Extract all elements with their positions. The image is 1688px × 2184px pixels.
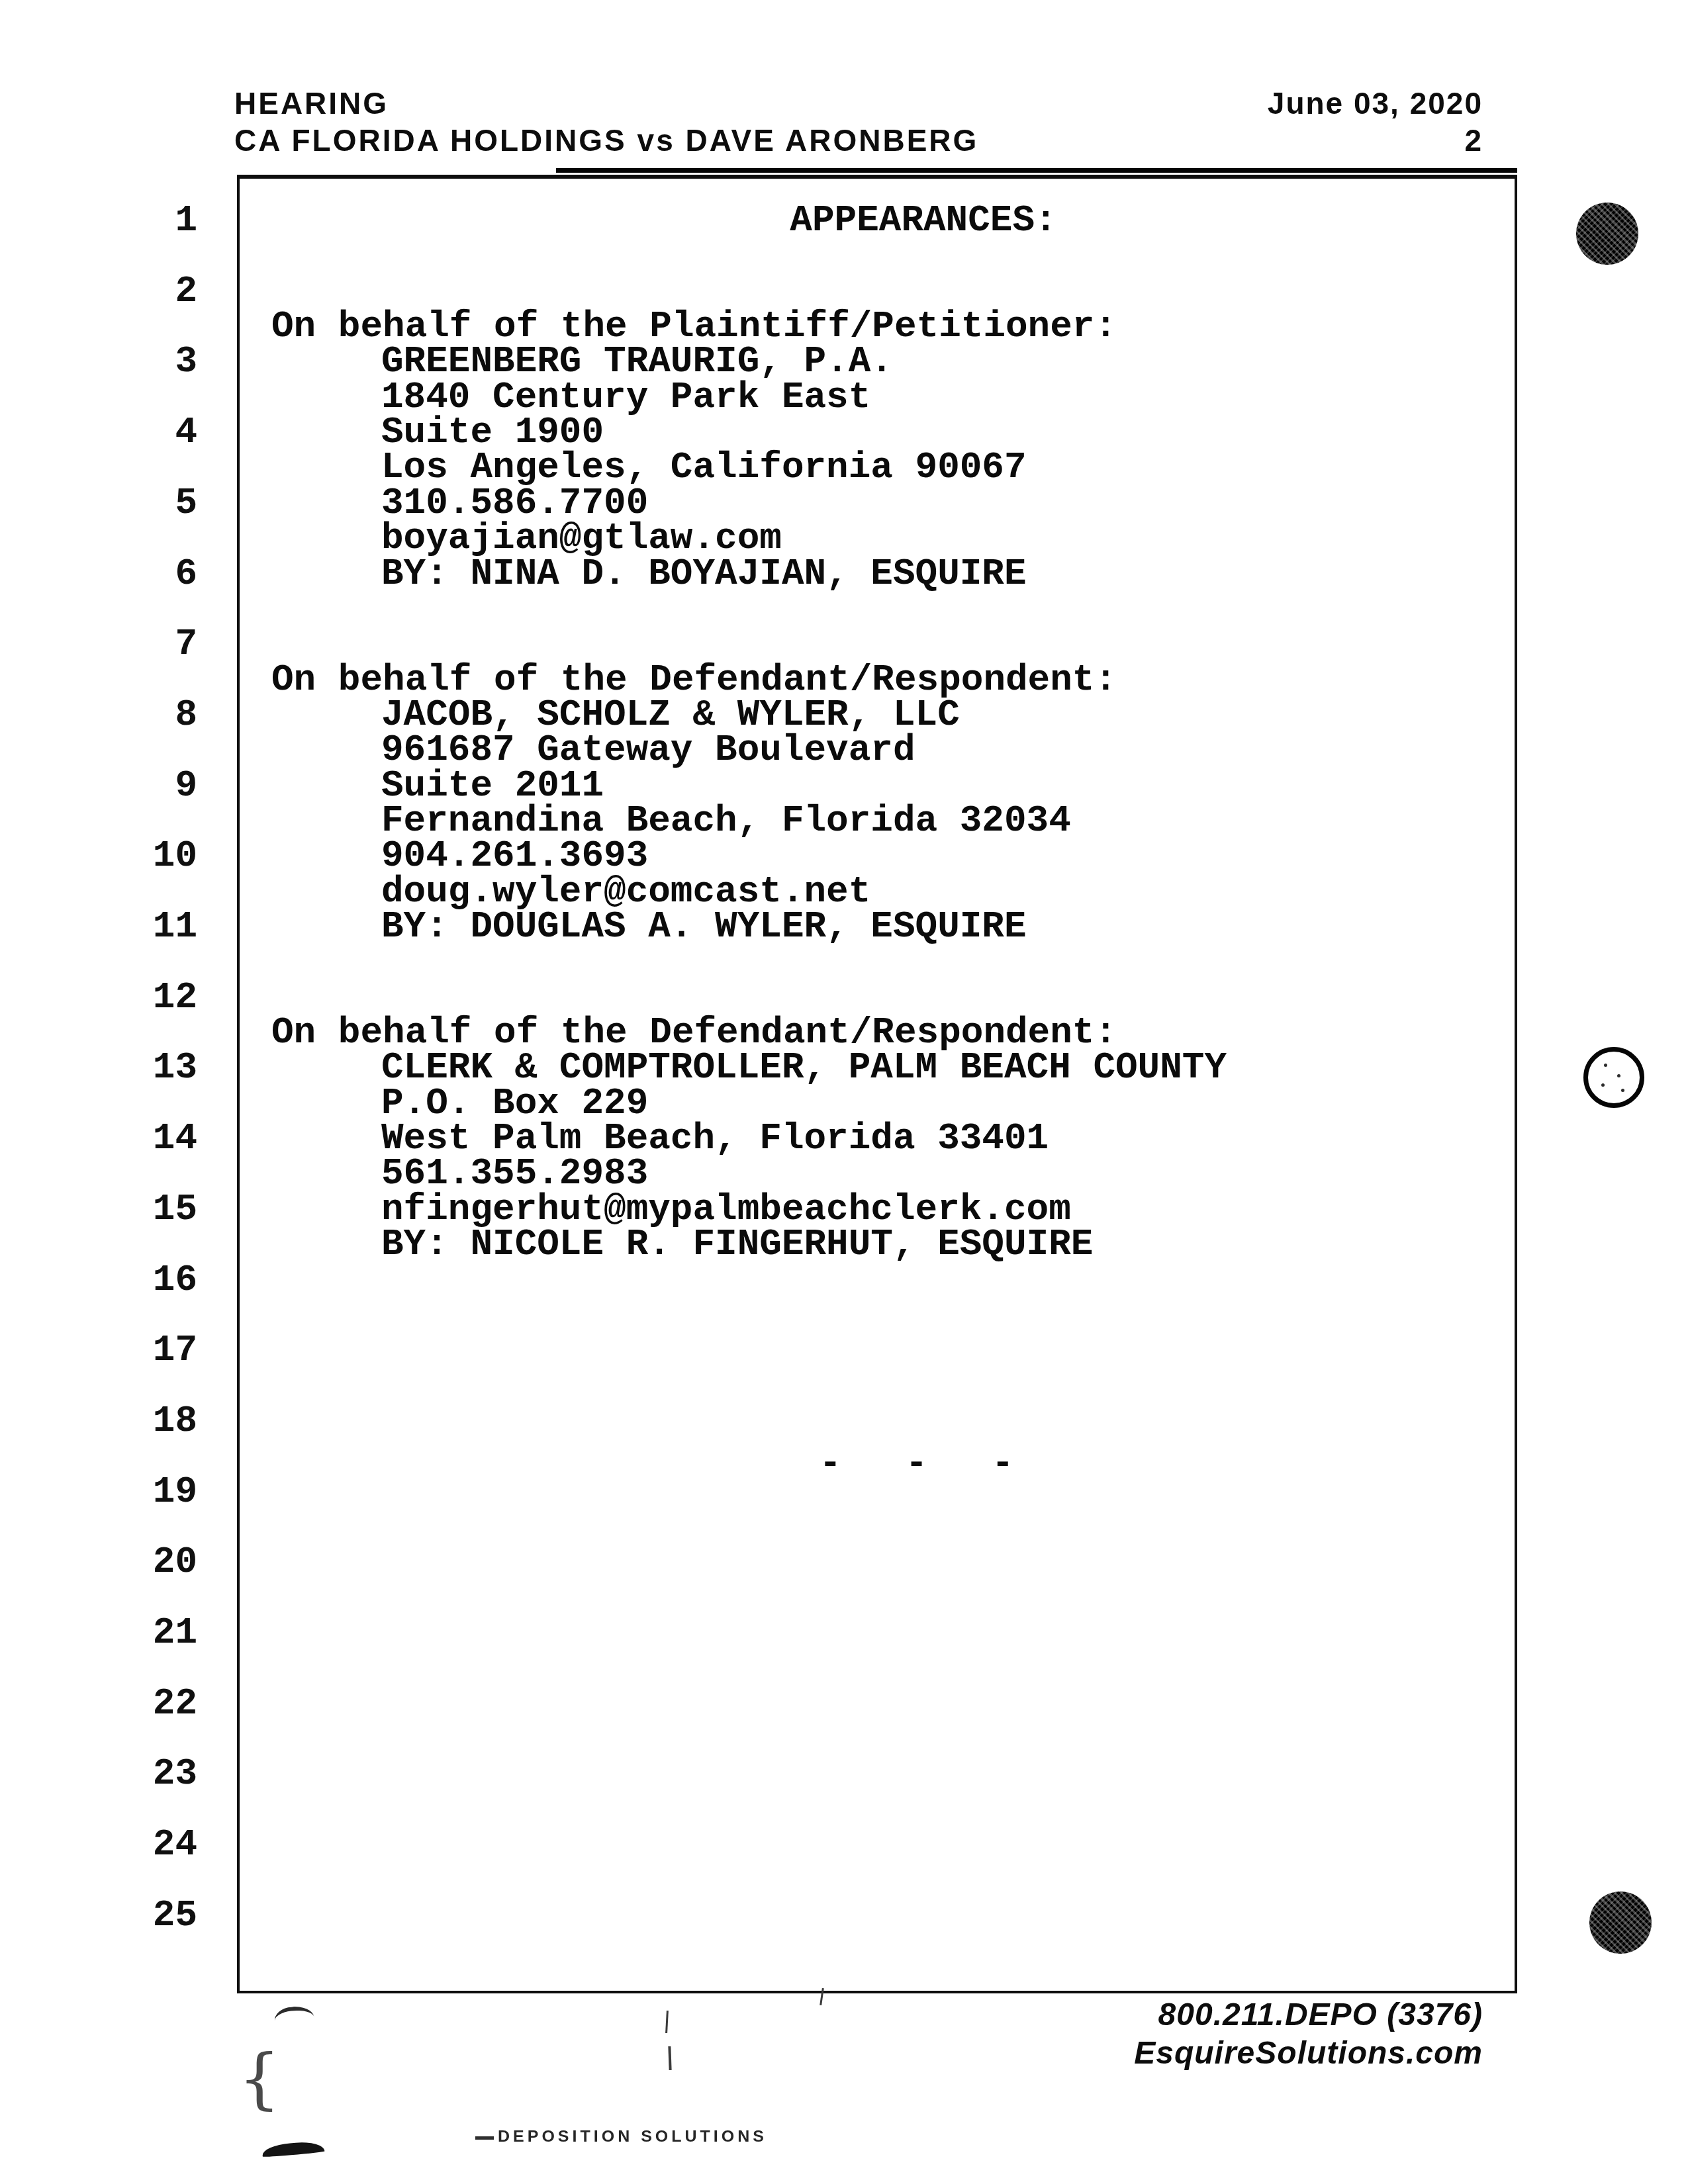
speck-icon (1617, 1074, 1620, 1077)
speck-icon (1621, 1089, 1624, 1092)
esquire-logo-swoosh-icon (273, 2005, 314, 2025)
line-number: 20 (113, 1541, 197, 1583)
line-number: 9 (113, 764, 197, 807)
header-case-type: HEARING (234, 85, 978, 122)
scan-artifact-tick (668, 2046, 671, 2070)
line-number: 4 (113, 411, 197, 453)
section-separator: - - - (283, 1442, 1564, 1484)
line-number: 7 (113, 623, 197, 665)
header-case-title: CA FLORIDA HOLDINGS vs DAVE ARONBERG (234, 122, 978, 159)
transcript-line: BY: NINA D. BOYAJIAN, ESQUIRE (381, 553, 1027, 595)
transcript-page: HEARING CA FLORIDA HOLDINGS vs DAVE ARON… (0, 0, 1688, 2184)
line-number: 25 (113, 1894, 197, 1936)
header-right: June 03, 2020 2 (1268, 85, 1483, 159)
line-number: 11 (113, 905, 197, 948)
line-number: 21 (113, 1612, 197, 1654)
footer: 800.211.DEPO (3376) EsquireSolutions.com (1134, 1996, 1483, 2073)
footer-website: EsquireSolutions.com (1134, 2034, 1483, 2073)
line-number: 1 (113, 199, 197, 242)
esquire-logo-swoosh-icon (261, 2140, 324, 2158)
line-number: 10 (113, 835, 197, 877)
esquire-logo-brace-icon: { (238, 2042, 281, 2115)
scan-artifact-tick (665, 2011, 669, 2033)
line-number: 17 (113, 1329, 197, 1371)
transcript-line: BY: NICOLE R. FINGERHUT, ESQUIRE (381, 1223, 1093, 1265)
line-number: 2 (113, 270, 197, 312)
line-number: 18 (113, 1400, 197, 1442)
line-number: 16 (113, 1259, 197, 1301)
line-number: 24 (113, 1823, 197, 1866)
line-number: 12 (113, 976, 197, 1019)
esquire-logo-dash-icon (475, 2136, 494, 2140)
punch-hole-middle-icon (1583, 1047, 1644, 1108)
transcript-line: BY: DOUGLAS A. WYLER, ESQUIRE (381, 905, 1027, 948)
speck-icon (1601, 1083, 1605, 1087)
header-left: HEARING CA FLORIDA HOLDINGS vs DAVE ARON… (234, 85, 978, 159)
esquire-logo-tagline: DEPOSITION SOLUTIONS (498, 2128, 767, 2146)
header-date: June 03, 2020 (1268, 85, 1483, 122)
line-number: 19 (113, 1471, 197, 1513)
line-number: 15 (113, 1188, 197, 1230)
appearances-title: APPEARANCES: (283, 199, 1564, 242)
line-number: 8 (113, 694, 197, 736)
line-number: 6 (113, 553, 197, 595)
speck-icon (1604, 1064, 1607, 1067)
line-number: 5 (113, 482, 197, 524)
line-number: 23 (113, 1752, 197, 1795)
punch-hole-bottom-icon (1589, 1891, 1652, 1954)
line-number: 3 (113, 340, 197, 383)
line-number: 14 (113, 1117, 197, 1160)
line-number: 22 (113, 1682, 197, 1725)
header-page-number: 2 (1268, 122, 1483, 159)
footer-phone: 800.211.DEPO (3376) (1134, 1996, 1483, 2034)
line-number: 13 (113, 1046, 197, 1089)
punch-hole-top-icon (1576, 203, 1638, 265)
header-rule (556, 168, 1517, 173)
